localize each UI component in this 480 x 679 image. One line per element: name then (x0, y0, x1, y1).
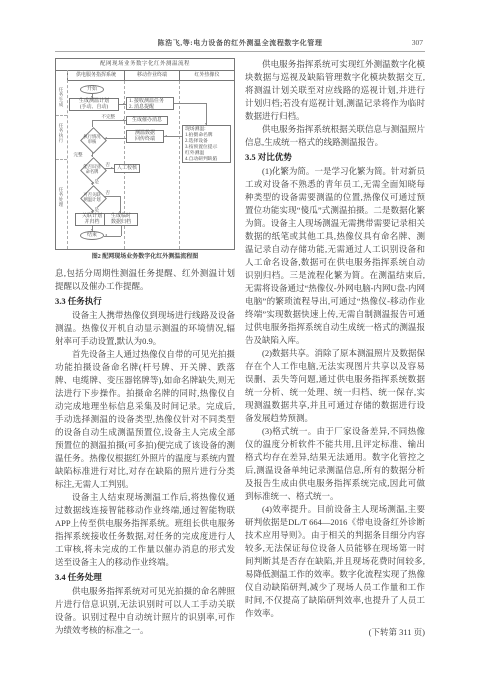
branch-label-yes-2: 是 (94, 207, 100, 212)
row-separator (56, 159, 67, 160)
flow-node-generate-plan: 生成测温计划 (手动、自动) (69, 98, 119, 111)
flow-node-temp-archive: 生成临时 数据归档 (104, 213, 138, 226)
section-heading-35: 3.5 对比优势 (245, 149, 425, 165)
lane-label-task-execution: 任务执行 (57, 123, 66, 143)
connector-line (121, 226, 122, 236)
flow-decision-identify: 能否识别 命名牌 (79, 164, 105, 175)
flow-node-return-data: 测温数据 回传终端 (126, 130, 164, 143)
arrowhead (164, 135, 167, 137)
lane-separator (179, 81, 180, 249)
paragraph: (2)数据共享。消除了原本测温照片及数据保存在个人工作电脑,无法实现图片共享以及… (245, 347, 425, 425)
paragraph: 息,包括分周期性测温任务提醒、红外测温计划提醒以及催办工作提醒。 (55, 267, 235, 293)
paragraph: (4)效率提升。目前设备主人现场测温,主要研判依据是DL/T 664—2016《… (245, 503, 425, 620)
branch-label-no-1: 否 (105, 162, 111, 167)
branch-label-complete: 完整 (73, 152, 83, 157)
branch-label-yes-1: 是 (94, 179, 100, 184)
paragraph: 供电服务指挥系统根据关联信息与测温照片信息,生成统一格式的线路测温报告。 (245, 123, 425, 149)
right-column: 供电服务指挥系统可实现红外测温数字化模块数据与巡视及缺陷管理数字化模块数据交互,… (245, 58, 425, 639)
paragraph: 首先设备主人通过热像仪自带的可见光拍摄功能拍摄设备命名牌(杆号牌、开关牌、跌落牌… (55, 348, 235, 491)
section-heading-33: 3.3 任务执行 (55, 293, 235, 309)
connector-line (104, 196, 120, 197)
running-title: 陈浩飞,等:电力设备的红外测温全流程数字化管理 (55, 38, 425, 48)
two-column-layout: 配网现场业务数字化红外测温流程 供电服务指挥系统 移动作业终端 红外热像仪 任务… (55, 58, 425, 639)
lane-separator (67, 70, 68, 249)
flow-node-reminder-message: 生成催办消息 (126, 116, 168, 125)
section-heading-34: 3.4 任务处理 (55, 569, 235, 585)
flow-node-end: 结束 (80, 231, 104, 240)
arrowhead (104, 234, 107, 236)
lane-label-task-generation: 任务生成 (57, 87, 66, 107)
paragraph: 设备主人携带热像仪到现场进行线路及设备测温。热像仪开机自动显示测温的环境情况,辐… (55, 309, 235, 348)
paragraph: 供电服务指挥系统对可见光拍摄的命名牌照片进行信息识别,无法识别时可以人工手动关联… (55, 585, 235, 637)
flow-decision-review: 执行情况 审核 (79, 134, 105, 145)
branch-label-no-2: 否 (105, 190, 111, 195)
connector-line (104, 236, 121, 237)
page-header: 陈浩飞,等:电力设备的红外测温全流程数字化管理 307 (55, 36, 425, 52)
paragraph: (1)化繁为简。一是学习化繁为简。针对新员工或对设备不熟悉的青年员工,无需全面知… (245, 165, 425, 347)
connector-line (92, 120, 126, 121)
branch-label-incomplete: 不完整 (101, 114, 116, 119)
paper-page: 陈浩飞,等:电力设备的红外测温全流程数字化管理 307 配网现场业务数字化红外测… (0, 0, 480, 679)
flow-decision-link-plan: 可否关联 测温计划 (79, 192, 105, 203)
flowchart-col-header-infrared-camera: 红外热像仪 (179, 70, 234, 81)
connector-line (174, 103, 206, 104)
page-number: 307 (412, 38, 423, 47)
connector-line (104, 138, 126, 139)
flow-node-start: 开始 (80, 85, 104, 94)
row-separator (56, 115, 67, 116)
figure-caption: 图2 配网现场业务数字化红外测温流程图 (55, 253, 235, 262)
flowchart-col-header-command-system: 供电服务指挥系统 (67, 70, 124, 81)
left-column: 配网现场业务数字化红外测温流程 供电服务指挥系统 移动作业终端 红外热像仪 任务… (55, 58, 235, 639)
continuation-note: (下转第 311 页) (245, 626, 425, 639)
paragraph: 供电服务指挥系统可实现红外测温数字化模块数据与巡视及缺陷管理数字化模块数据交互,… (245, 58, 425, 123)
paragraph: 设备主人结束现场测温工作后,将热像仪通过数据线连接智能移动作业终端,通过智能物联… (55, 491, 235, 569)
flow-node-receive-task: 1. 接收测温任务 2. 消息提醒 (126, 97, 174, 110)
lane-label-task-processing: 任务处理 (57, 187, 66, 207)
flow-node-field-measure: 现场测温: 1.拍摄命名牌 2.选择设备 3.按预置位提示 红外测温 4.自动研… (182, 125, 231, 163)
flowchart-figure: 配网现场业务数字化红外测温流程 供电服务指挥系统 移动作业终端 红外热像仪 任务… (55, 58, 235, 250)
flow-node-manual-check: 人工校核 (114, 164, 140, 173)
paragraph: (3)格式统一。由于厂家设备差异,不同热像仪的温度分析软件不能共用,且评定标准、… (245, 425, 425, 503)
flowchart-col-header-mobile-terminal: 移动作业终端 (124, 70, 179, 81)
